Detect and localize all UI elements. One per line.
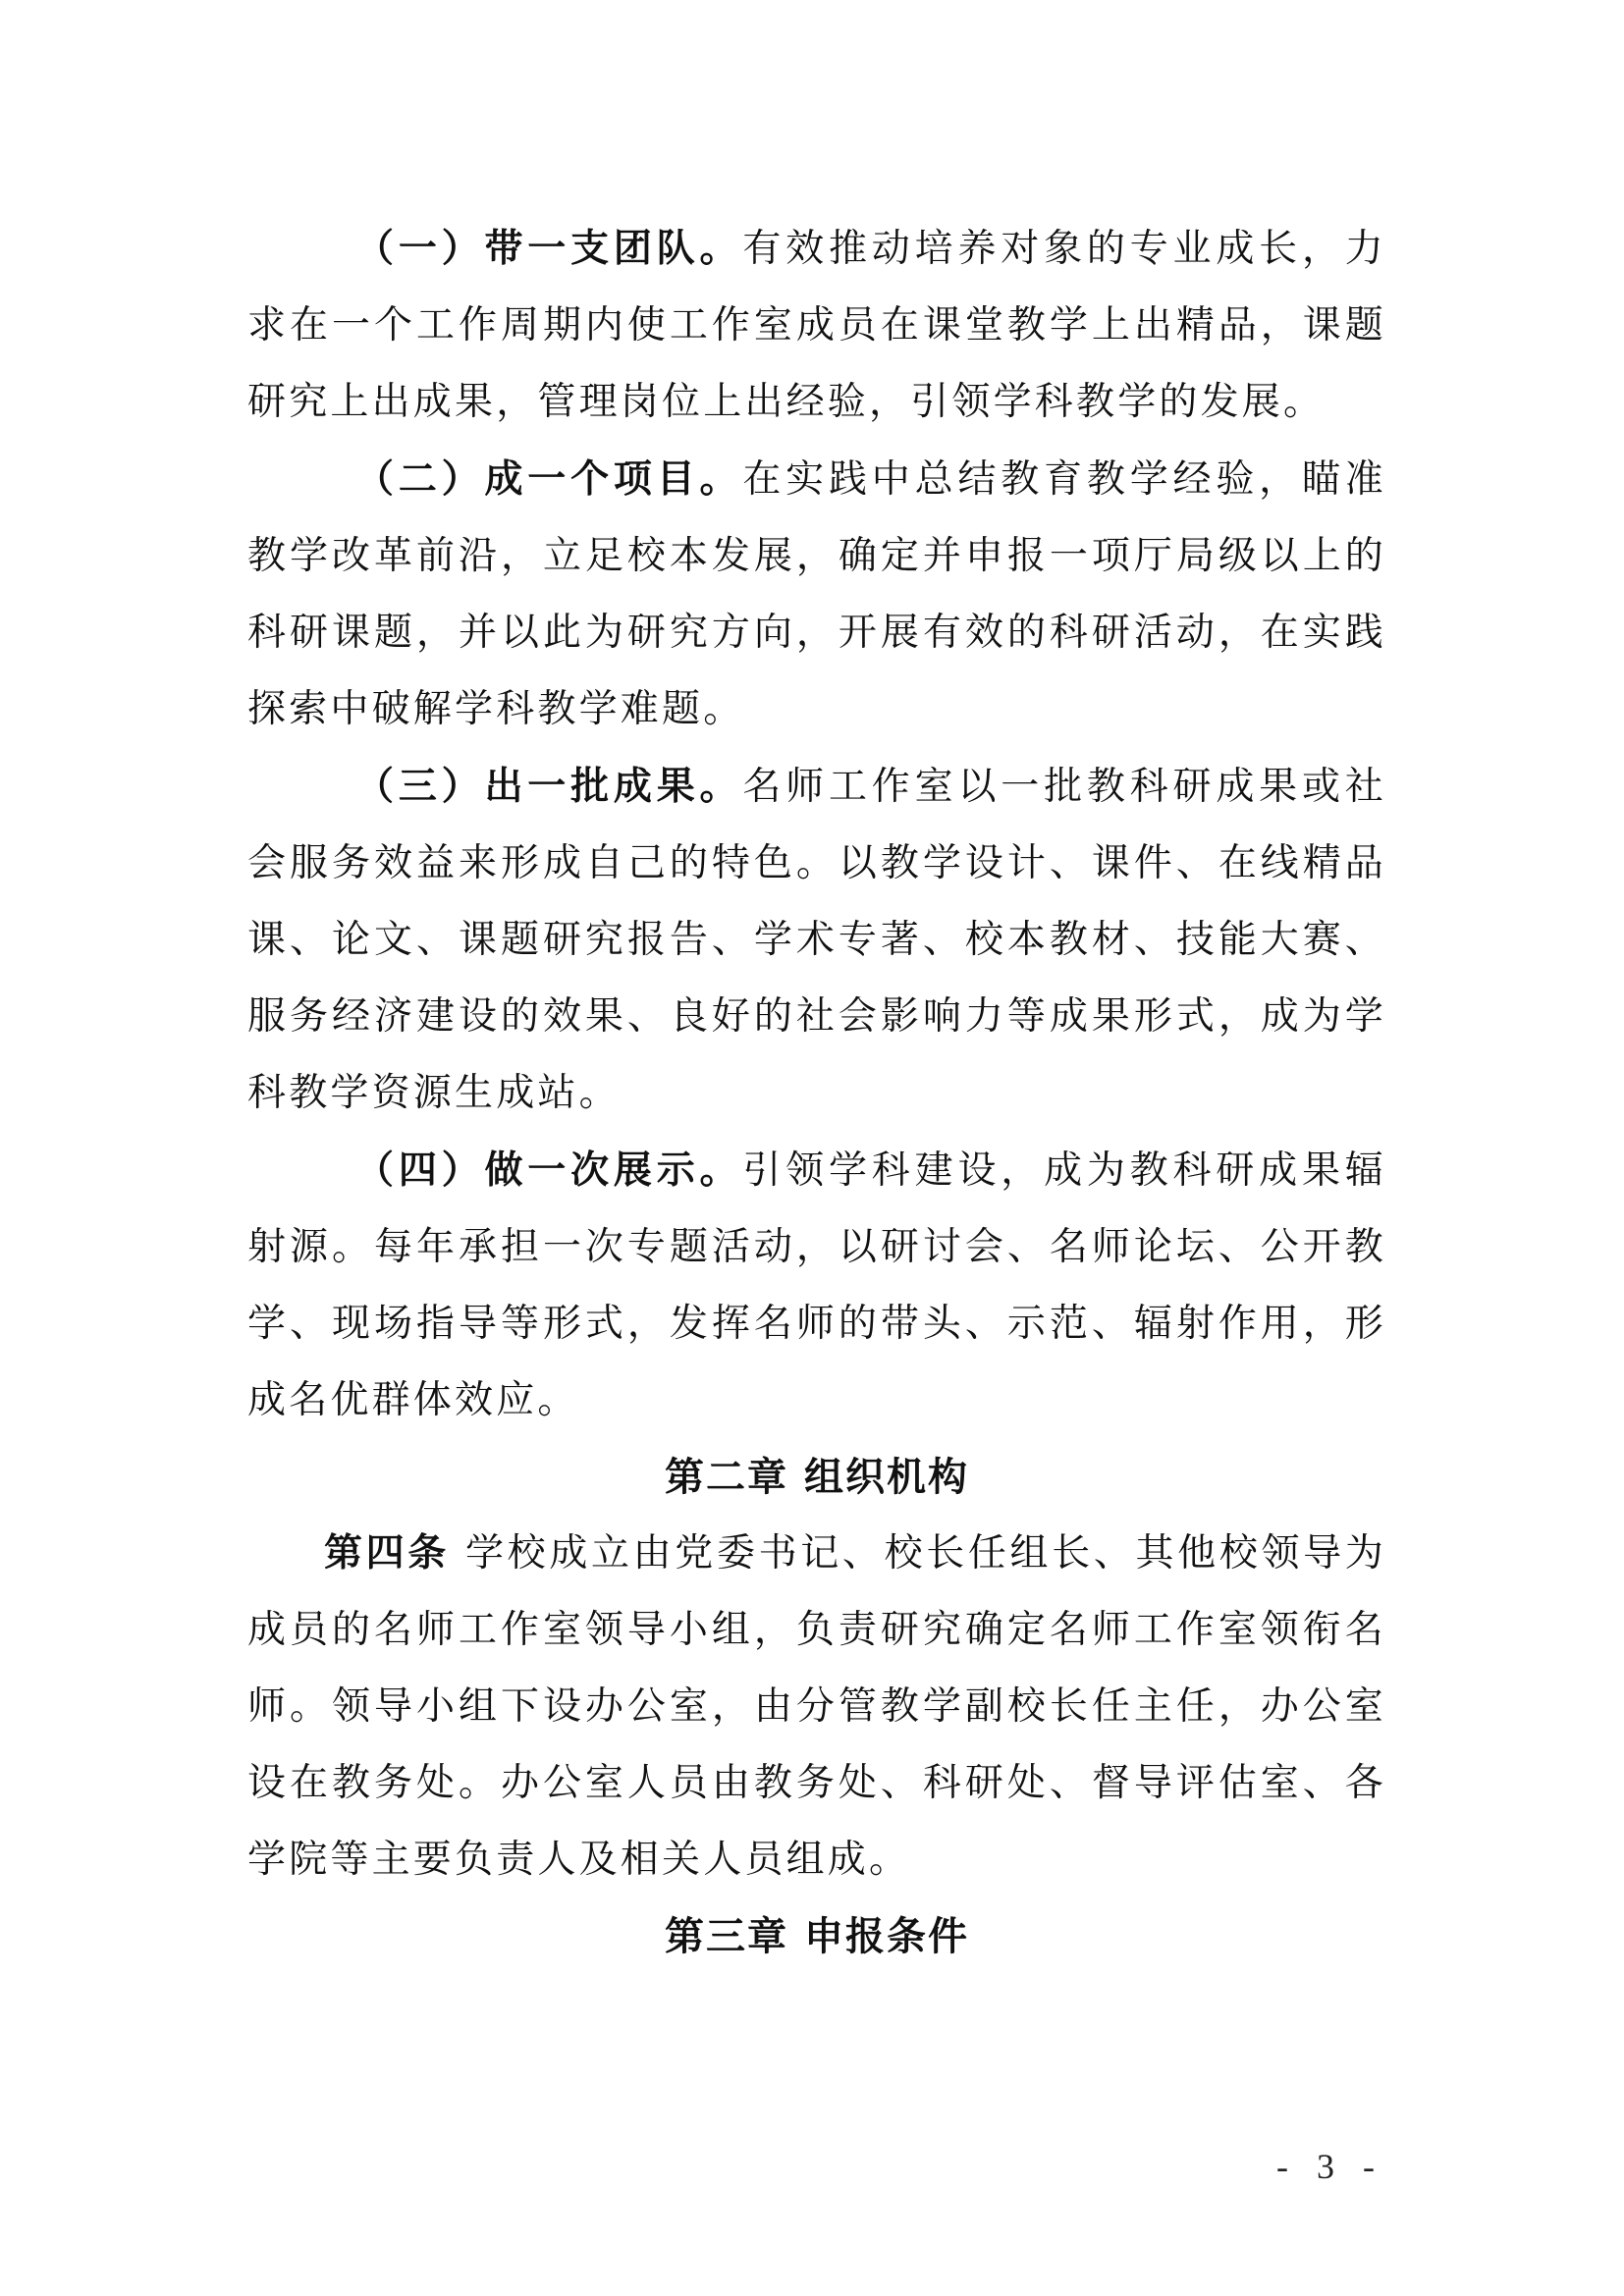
paragraph-results: （三）出一批成果。名师工作室以一批教科研成果或社会服务效益来形成自己的特色。以教… xyxy=(247,748,1386,1132)
article-text: 学校成立由党委书记、校长任组长、其他校领导为成员的名师工作室领导小组，负责研究确… xyxy=(247,1531,1386,1882)
page-number: - 3 - xyxy=(1276,2146,1384,2187)
paragraph-team: （一）带一支团队。有效推动培养对象的专业成长，力求在一个工作周期内使工作室成员在… xyxy=(247,210,1386,441)
chapter-heading-organization: 第二章 组织机构 xyxy=(247,1439,1386,1516)
paragraph-lead: （四）做一次展示。 xyxy=(355,1148,742,1193)
article-four: 第四条 学校成立由党委书记、校长任组长、其他校领导为成员的名师工作室领导小组，负… xyxy=(247,1516,1386,1898)
document-page: （一）带一支团队。有效推动培养对象的专业成长，力求在一个工作周期内使工作室成员在… xyxy=(247,210,1386,1975)
paragraph-showcase: （四）做一次展示。引领学科建设，成为教科研成果辐射源。每年承担一次专题活动，以研… xyxy=(247,1132,1386,1439)
article-number: 第四条 xyxy=(324,1531,450,1575)
paragraph-lead: （二）成一个项目。 xyxy=(355,456,742,502)
paragraph-project: （二）成一个项目。在实践中总结教育教学经验，瞄准教学改革前沿，立足校本发展，确定… xyxy=(247,441,1386,748)
chapter-heading-application: 第三章 申报条件 xyxy=(247,1898,1386,1975)
paragraph-lead: （三）出一批成果。 xyxy=(355,764,742,809)
paragraph-lead: （一）带一支团队。 xyxy=(355,226,742,271)
paragraph-text: 名师工作室以一批教科研成果或社会服务效益来形成自己的特色。以教学设计、课件、在线… xyxy=(247,765,1386,1115)
